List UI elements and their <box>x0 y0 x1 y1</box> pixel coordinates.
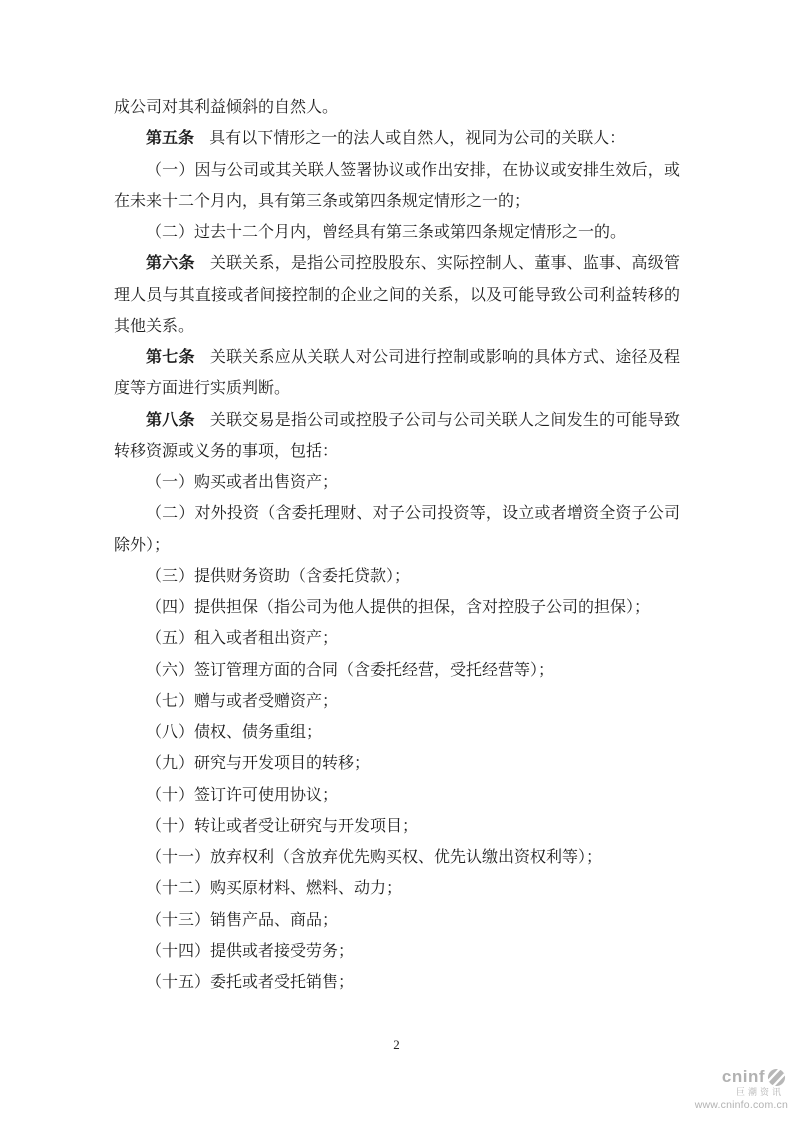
cninfo-brand-text: cninf <box>722 1068 765 1087</box>
paragraph: （九）研究与开发项目的转移； <box>114 748 680 779</box>
paragraph: （三）提供财务资助（含委托贷款）； <box>114 561 680 592</box>
paragraph: （四）提供担保（指公司为他人提供的担保，含对控股子公司的担保）； <box>114 592 680 623</box>
document-body: 成公司对其利益倾斜的自然人。第五条具有以下情形之一的法人或自然人，视同为公司的关… <box>114 92 680 998</box>
article-number: 第六条 <box>146 255 195 272</box>
paragraph: （五）租入或者租出资产； <box>114 623 680 654</box>
cninfo-logo-row: cninf <box>688 1068 788 1087</box>
paragraph: （十一）放弃权利（含放弃优先购买权、优先认缴出资权利等）； <box>114 842 680 873</box>
cninfo-swirl-icon <box>767 1068 786 1087</box>
paragraph: （一）购买或者出售资产； <box>114 467 680 498</box>
paragraph: （八）债权、债务重组； <box>114 717 680 748</box>
cninfo-url: www.cninfo.com.cn <box>688 1100 788 1112</box>
paragraph: 成公司对其利益倾斜的自然人。 <box>114 92 680 123</box>
page-number: 2 <box>0 1037 793 1053</box>
article-number: 第七条 <box>146 349 195 366</box>
article-number: 第八条 <box>146 412 195 429</box>
paragraph: （六）签订管理方面的合同（含委托经营，受托经营等）； <box>114 655 680 686</box>
paragraph: （二）过去十二个月内，曾经具有第三条或第四条规定情形之一的。 <box>114 217 680 248</box>
article-paragraph: 第五条具有以下情形之一的法人或自然人，视同为公司的关联人： <box>114 123 680 154</box>
paragraph: （二）对外投资（含委托理财、对子公司投资等，设立或者增资全资子公司除外）； <box>114 498 680 561</box>
document-page: 成公司对其利益倾斜的自然人。第五条具有以下情形之一的法人或自然人，视同为公司的关… <box>0 0 793 1122</box>
cninfo-chinese-name: 巨潮资讯 <box>688 1088 788 1098</box>
paragraph: （十五）委托或者受托销售； <box>114 967 680 998</box>
paragraph: （十三）销售产品、商品； <box>114 905 680 936</box>
paragraph: （一）因与公司或其关联人签署协议或作出安排，在协议或安排生效后，或在未来十二个月… <box>114 155 680 218</box>
article-paragraph: 第七条关联关系应从关联人对公司进行控制或影响的具体方式、途径及程度等方面进行实质… <box>114 342 680 405</box>
paragraph: （七）赠与或者受赠资产； <box>114 686 680 717</box>
cninfo-watermark: cninf 巨潮资讯 www.cninfo.com.cn <box>688 1068 788 1111</box>
paragraph: （十）签订许可使用协议； <box>114 780 680 811</box>
paragraph: （十四）提供或者接受劳务； <box>114 936 680 967</box>
article-paragraph: 第八条关联交易是指公司或控股子公司与公司关联人之间发生的可能导致转移资源或义务的… <box>114 405 680 468</box>
paragraph: （十二）购买原材料、燃料、动力； <box>114 873 680 904</box>
article-number: 第五条 <box>146 130 194 147</box>
paragraph: （十）转让或者受让研究与开发项目； <box>114 811 680 842</box>
article-paragraph: 第六条关联关系，是指公司控股股东、实际控制人、董事、监事、高级管理人员与其直接或… <box>114 248 680 342</box>
